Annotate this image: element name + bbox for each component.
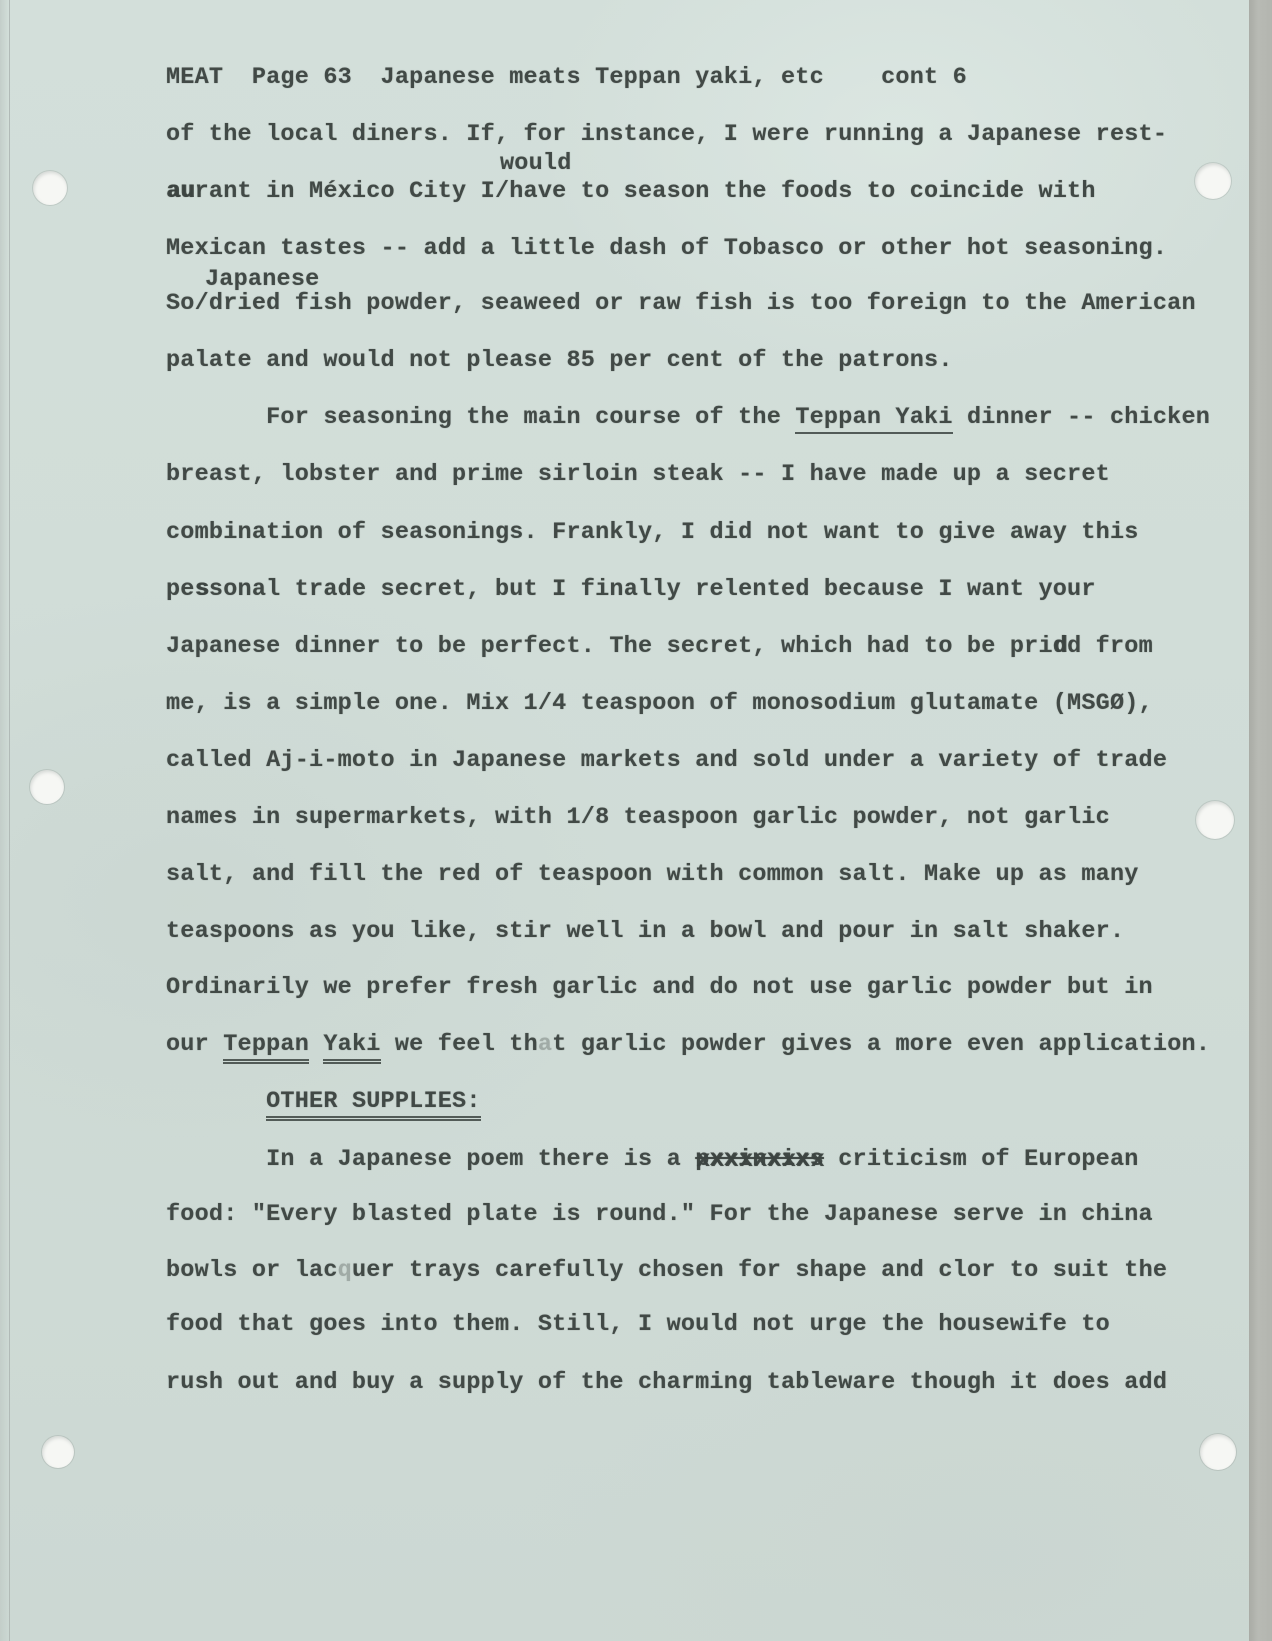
text-segment: uer trays carefully chosen for shape and… xyxy=(352,1257,1167,1284)
text-line: Japanese xyxy=(205,266,319,293)
struck-out-text: pxxinxixs xyxy=(695,1146,824,1173)
text-segment: our xyxy=(166,1031,223,1058)
underlined-text: Teppan Yaki xyxy=(795,404,952,434)
text-segment: me, is a simple one. Mix 1/4 teaspoon of… xyxy=(166,690,1153,717)
text-line: Japanese dinner to be perfect. The secre… xyxy=(166,633,1153,660)
text-segment: teaspoons as you like, stir well in a bo… xyxy=(166,918,1124,945)
text-line: aurant in México City I/have to season t… xyxy=(166,178,1096,205)
text-segment: Ordinarily we prefer fresh garlic and do… xyxy=(166,974,1153,1001)
text-segment: Japanese dinner to be perfect. The secre… xyxy=(166,633,1053,660)
text-segment: we feel th xyxy=(381,1031,538,1058)
text-line: our Teppan Yaki we feel that garlic powd… xyxy=(166,1031,1210,1058)
text-segment: food: "Every blasted plate is round." Fo… xyxy=(166,1201,1153,1228)
overstruck-character: s xyxy=(195,576,209,603)
text-segment: pe xyxy=(166,576,195,603)
text-line: bowls or lacquer trays carefully chosen … xyxy=(166,1257,1167,1284)
scanned-page: MEAT Page 63 Japanese meats Teppan yaki,… xyxy=(0,0,1272,1641)
text-line: palate and would not please 85 per cent … xyxy=(166,347,953,374)
paper-sheet: MEAT Page 63 Japanese meats Teppan yaki,… xyxy=(0,0,1249,1641)
overstruck-character: d xyxy=(1053,633,1067,660)
text-segment: Mexican tastes -- add a little dash of T… xyxy=(166,235,1167,262)
text-line: of the local diners. If, for instance, I… xyxy=(166,121,1167,148)
text-segment: dinner -- chicken xyxy=(953,404,1210,431)
text-segment: t garlic powder gives a more even applic… xyxy=(552,1031,1210,1058)
text-line: Ordinarily we prefer fresh garlic and do… xyxy=(166,974,1153,1001)
text-segment: In a Japanese poem there is a xyxy=(166,1146,695,1173)
text-segment xyxy=(309,1031,323,1058)
faded-character: q xyxy=(338,1257,352,1284)
text-segment: sonal trade secret, but I finally relent… xyxy=(209,576,1096,603)
punch-hole xyxy=(1196,801,1234,839)
text-line: rush out and buy a supply of the charmin… xyxy=(166,1369,1167,1396)
text-line: names in supermarkets, with 1/8 teaspoon… xyxy=(166,804,1110,831)
scanner-background-strip xyxy=(1249,0,1272,1641)
double-underlined-text: OTHER SUPPLIES: xyxy=(266,1088,481,1121)
punch-hole xyxy=(1195,163,1231,199)
text-line: me, is a simple one. Mix 1/4 teaspoon of… xyxy=(166,690,1153,717)
punch-hole xyxy=(33,171,67,205)
text-segment: called Aj-i-moto in Japanese markets and… xyxy=(166,747,1167,774)
punch-hole xyxy=(30,770,64,804)
faded-character: a xyxy=(538,1031,552,1058)
text-segment: MEAT Page 63 Japanese meats Teppan yaki,… xyxy=(166,64,967,91)
punch-hole xyxy=(1200,1434,1236,1470)
text-segment: criticism of European xyxy=(824,1146,1139,1173)
text-segment: names in supermarkets, with 1/8 teaspoon… xyxy=(166,804,1110,831)
text-segment: So/dried fish powder, seaweed or raw fis… xyxy=(166,290,1196,317)
text-segment: rant in México City I/have to season the… xyxy=(195,178,1096,205)
text-line: OTHER SUPPLIES: xyxy=(166,1088,481,1115)
text-line: In a Japanese poem there is a pxxinxixs … xyxy=(166,1146,1139,1173)
text-segment: palate and would not please 85 per cent … xyxy=(166,347,953,374)
paper-left-edge xyxy=(0,0,10,1641)
text-segment: combination of seasonings. Frankly, I di… xyxy=(166,519,1139,546)
double-underlined-text: Teppan xyxy=(223,1031,309,1064)
text-segment: Japanese xyxy=(205,266,319,293)
text-segment: breast, lobster and prime sirloin steak … xyxy=(166,461,1110,488)
text-line: Mexican tastes -- add a little dash of T… xyxy=(166,235,1167,262)
text-segment: bowls or lac xyxy=(166,1257,338,1284)
text-line: called Aj-i-moto in Japanese markets and… xyxy=(166,747,1167,774)
punch-hole xyxy=(42,1436,74,1468)
text-line: food that goes into them. Still, I would… xyxy=(166,1311,1110,1338)
text-line: would xyxy=(500,150,572,177)
double-underlined-text: Yaki xyxy=(323,1031,380,1064)
text-segment: of the local diners. If, for instance, I… xyxy=(166,121,1167,148)
text-line: pessonal trade secret, but I finally rel… xyxy=(166,576,1096,603)
text-segment: rush out and buy a supply of the charmin… xyxy=(166,1369,1167,1396)
text-segment: For seasoning the main course of the xyxy=(166,404,795,431)
overstruck-character: au xyxy=(166,178,195,205)
text-line: So/dried fish powder, seaweed or raw fis… xyxy=(166,290,1196,317)
text-segment: d from xyxy=(1067,633,1153,660)
text-segment: would xyxy=(500,150,572,177)
text-line: For seasoning the main course of the Tep… xyxy=(166,404,1210,431)
text-line: combination of seasonings. Frankly, I di… xyxy=(166,519,1139,546)
text-line: teaspoons as you like, stir well in a bo… xyxy=(166,918,1124,945)
text-segment: salt, and fill the red of teaspoon with … xyxy=(166,861,1139,888)
text-line: breast, lobster and prime sirloin steak … xyxy=(166,461,1110,488)
text-line: salt, and fill the red of teaspoon with … xyxy=(166,861,1139,888)
text-segment xyxy=(166,1088,266,1115)
text-segment: food that goes into them. Still, I would… xyxy=(166,1311,1110,1338)
text-line: food: "Every blasted plate is round." Fo… xyxy=(166,1201,1153,1228)
text-line: MEAT Page 63 Japanese meats Teppan yaki,… xyxy=(166,64,967,91)
